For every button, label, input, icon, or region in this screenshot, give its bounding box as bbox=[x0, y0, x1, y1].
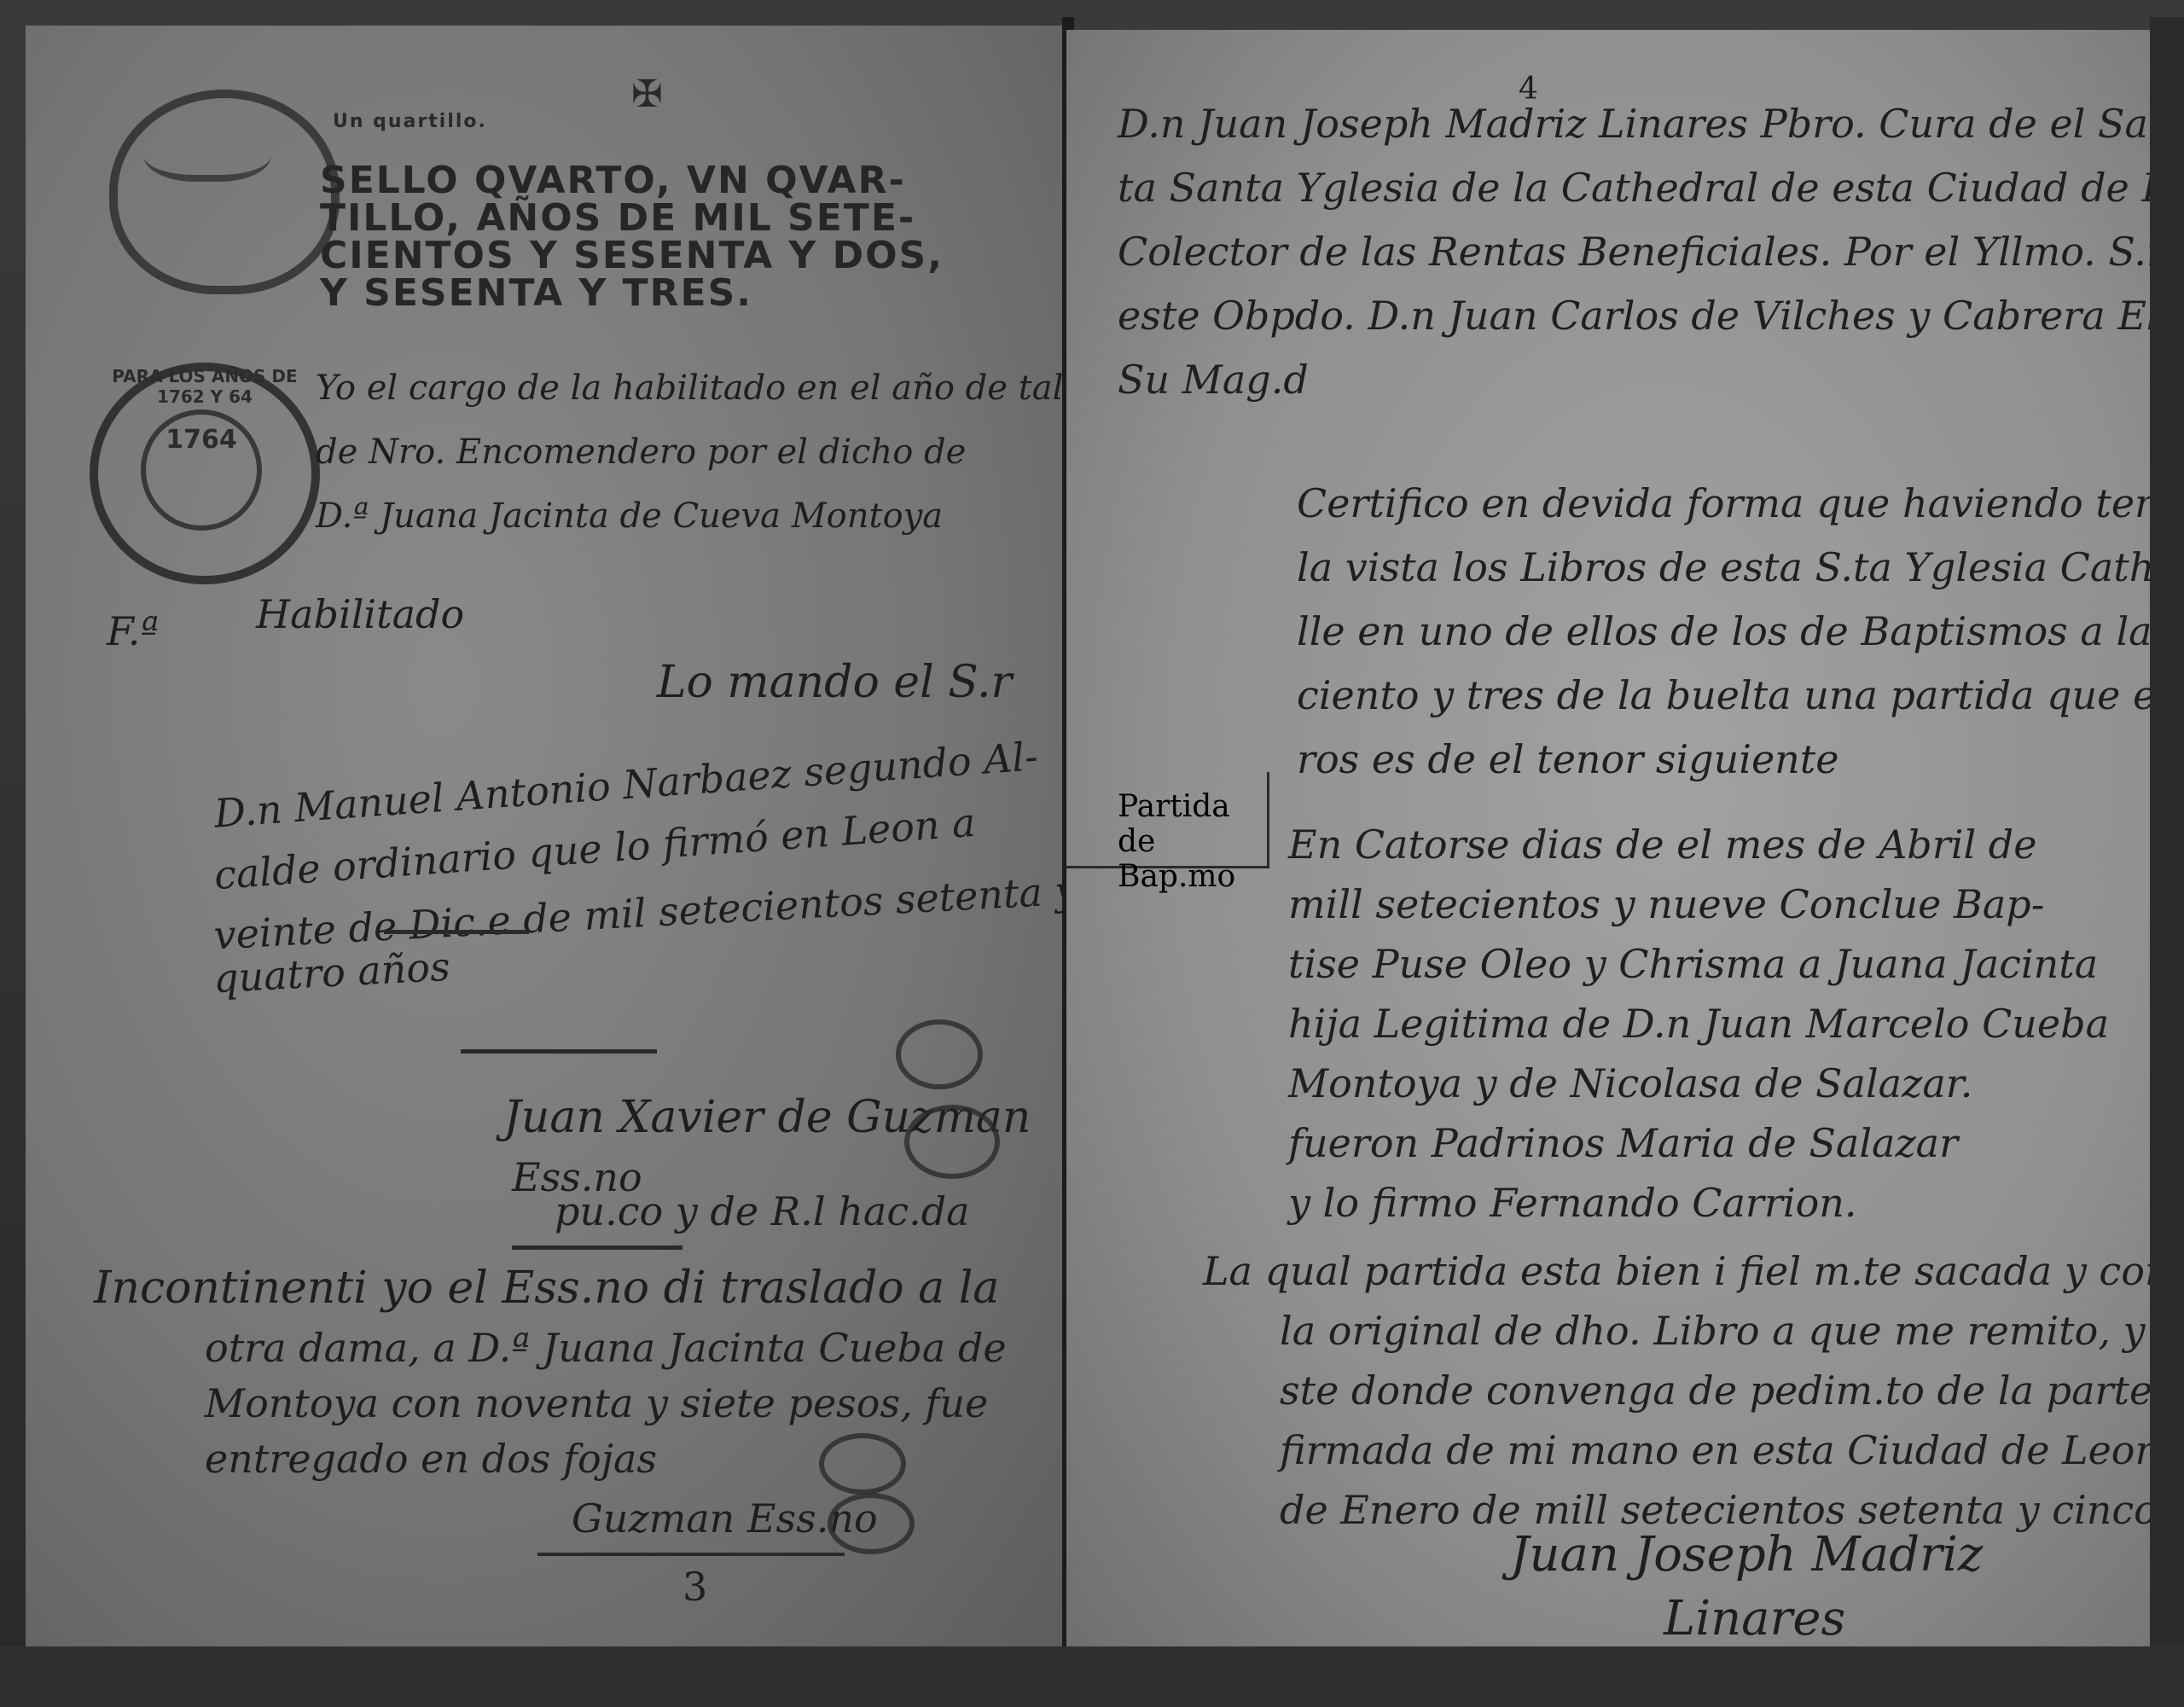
signature-rule bbox=[537, 1553, 845, 1556]
intro-line: este Obpdo. D.n Juan Carlos de Vilches y… bbox=[1118, 290, 2184, 341]
closing-line: firmada de mi mano en esta Ciudad de Leo… bbox=[1280, 1425, 2184, 1476]
stamp-line: SELLO QVARTO, VN QVAR- bbox=[320, 162, 994, 200]
intro-line: D.n Juan Joseph Madriz Linares Pbro. Cur… bbox=[1118, 98, 2184, 149]
certification-line: la vista los Libros de esta S.ta Yglesia… bbox=[1297, 542, 2184, 593]
stamp-line: TILLO, AÑOS DE MIL SETE- bbox=[320, 200, 994, 237]
round-seal-icon: PARA LOS AÑOS DE 1762 Y 64 1764 bbox=[90, 363, 320, 584]
closing-line: ste donde convenga de pedim.to de la par… bbox=[1280, 1365, 2184, 1416]
habilitation-line: Yo el cargo de la habilitado en el año d… bbox=[316, 363, 1063, 414]
incontinenti-line: Montoya con noventa y siete pesos, fue bbox=[205, 1378, 988, 1429]
intro-line: Su Mag.d bbox=[1118, 354, 1309, 405]
incontinenti-line: Incontinenti yo el Ess.no di traslado a … bbox=[94, 1263, 999, 1314]
margin-mark: F.ª bbox=[107, 606, 159, 657]
decree-heading: Lo mando el S.r bbox=[657, 657, 1012, 708]
entry-line: tise Puse Oleo y Chrisma a Juana Jacinta bbox=[1288, 938, 2098, 990]
closing-line: La qual partida esta bien i fiel m.te sa… bbox=[1203, 1245, 2184, 1297]
underline-rule bbox=[384, 930, 529, 934]
entry-line: mill setecientos y nueve Conclue Bap- bbox=[1288, 879, 2044, 930]
signature-rule bbox=[461, 1049, 657, 1054]
rubric-flourish-icon bbox=[904, 1105, 1000, 1179]
scan-edge bbox=[0, 1646, 2184, 1707]
incontinenti-line: otra dama, a D.ª Juana Jacinta Cueba de bbox=[205, 1322, 1007, 1373]
habilitation-line: D.ª Juana Jacinta de Cueva Montoya bbox=[316, 491, 943, 542]
habilitado-signature: Habilitado bbox=[256, 589, 464, 640]
incontinenti-line: entregado en dos fojas bbox=[205, 1433, 657, 1484]
entry-line: y lo firmo Fernando Carrion. bbox=[1288, 1177, 1857, 1228]
notary-title: pu.co y de R.l hac.da bbox=[555, 1186, 970, 1237]
signature-rule bbox=[512, 1245, 682, 1250]
entry-line: hija Legitima de D.n Juan Marcelo Cueba bbox=[1288, 998, 2109, 1049]
habilitation-line: de Nro. Encomendero por el dicho de bbox=[316, 427, 966, 478]
entry-line: fueron Padrinos Maria de Salazar bbox=[1288, 1118, 1958, 1169]
intro-line: ta Santa Yglesia de la Cathedral de esta… bbox=[1118, 162, 2184, 213]
stamp-header: SELLO QVARTO, VN QVAR- TILLO, AÑOS DE MI… bbox=[320, 162, 994, 312]
page-mark: 3 bbox=[682, 1561, 707, 1612]
priest-signature: Linares bbox=[1664, 1591, 1845, 1646]
stamp-line: CIENTOS Y SESENTA Y DOS, bbox=[320, 237, 994, 275]
stamp-line: Y SESENTA Y TRES. bbox=[320, 275, 994, 312]
entry-line: En Catorse dias de el mes de Abril de bbox=[1288, 819, 2036, 870]
certification-line: ciento y tres de la buelta una partida q… bbox=[1297, 670, 2184, 721]
certification-line: lle en uno de ellos de los de Baptismos … bbox=[1297, 606, 2184, 657]
margin-note-text: Partida de Bap.mo bbox=[1118, 789, 1267, 894]
cross-icon: ✠ bbox=[631, 73, 663, 116]
left-page: ✠ Un quartillo. SELLO QVARTO, VN QVAR- T… bbox=[26, 26, 1071, 1672]
rubric-flourish-icon bbox=[896, 1019, 983, 1089]
rubric-flourish-icon bbox=[819, 1433, 906, 1495]
priest-signature: Juan Joseph Madriz bbox=[1510, 1527, 1983, 1582]
margin-note-box: Partida de Bap.mo bbox=[1066, 772, 1269, 868]
crown-seal-icon bbox=[109, 90, 340, 294]
stamp-price: Un quartillo. bbox=[333, 111, 487, 132]
scan-edge bbox=[2150, 17, 2184, 1689]
certification-line: ros es de el tenor siguiente bbox=[1297, 734, 1839, 785]
intro-line: Colector de las Rentas Beneficiales. Por… bbox=[1118, 226, 2184, 277]
certification-line: Certifico en devida forma que haviendo t… bbox=[1297, 478, 2184, 529]
seal-year: 1764 bbox=[141, 409, 262, 531]
entry-line: Montoya y de Nicolasa de Salazar. bbox=[1288, 1058, 1972, 1109]
rubric-flourish-icon bbox=[828, 1493, 915, 1554]
closing-line: la original de dho. Libro a que me remit… bbox=[1280, 1305, 2184, 1356]
